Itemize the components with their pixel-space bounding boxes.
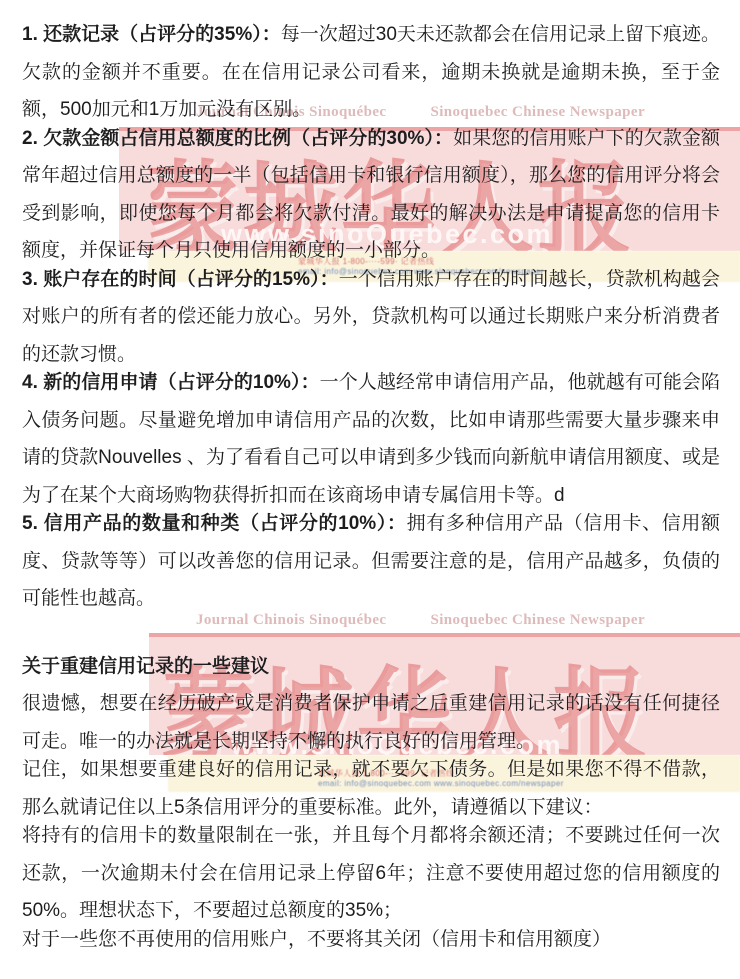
advice-1-text: 很遗憾，想要在经历破产或是消费者保护申请之后重建信用记录的话没有任何捷径可走。唯… <box>22 693 720 752</box>
advice-4-text: 对于一些您不再使用的信用账户，不要将其关闭（信用卡和信用额度） <box>22 929 611 950</box>
advice-paragraph-1: 很遗憾，想要在经历破产或是消费者保护申请之后重建信用记录的话没有任何捷径可走。唯… <box>22 685 720 760</box>
advice-2-text: 记住，如果想要重建良好的信用记录，就不要欠下债务。但是如果您不得不借款，那么就请… <box>22 759 720 818</box>
factor-3-title: 3. 账户存在的时间（占评分的15%）： <box>22 269 339 290</box>
article-body: 1. 还款记录（占评分的35%）：每一次超过30天未还款都会在信用记录上留下痕迹… <box>0 0 740 958</box>
factor-4-title: 4. 新的信用申请（占评分的10%）： <box>22 372 320 393</box>
scoring-factor-paragraph-5: 5. 信用产品的数量和种类（占评分的10%）：拥有多种信用产品（信用卡、信用额度… <box>22 505 720 618</box>
advice-paragraph-3: 将持有的信用卡的数量限制在一张，并且每个月都将余额还清；不要跳过任何一次还款，一… <box>22 817 720 930</box>
scoring-factor-paragraph-1: 1. 还款记录（占评分的35%）：每一次超过30天未还款都会在信用记录上留下痕迹… <box>22 16 720 129</box>
advice-paragraph-4: 对于一些您不再使用的信用账户，不要将其关闭（信用卡和信用额度） <box>22 921 720 959</box>
factor-2-title: 2. 欠款金额占信用总额度的比例（占评分的30%）： <box>22 128 453 149</box>
scoring-factor-paragraph-3: 3. 账户存在的时间（占评分的15%）：一个信用账户存在的时间越长，贷款机构越会… <box>22 261 720 374</box>
advice-paragraph-2: 记住，如果想要重建良好的信用记录，就不要欠下债务。但是如果您不得不借款，那么就请… <box>22 751 720 826</box>
section-heading-rebuild-credit: 关于重建信用记录的一些建议 <box>22 648 720 686</box>
scoring-factor-paragraph-4: 4. 新的信用申请（占评分的10%）：一个人越经常申请信用产品，他就越有可能会陷… <box>22 364 720 514</box>
article-page: Journal Chinois Sinoquébec Sinoquebec Ch… <box>0 0 740 979</box>
factor-1-title: 1. 还款记录（占评分的35%）： <box>22 24 281 45</box>
factor-5-title: 5. 信用产品的数量和种类（占评分的10%）： <box>22 513 407 534</box>
scoring-factor-paragraph-2: 2. 欠款金额占信用总额度的比例（占评分的30%）：如果您的信用账户下的欠款金额… <box>22 120 720 270</box>
advice-3-text: 将持有的信用卡的数量限制在一张，并且每个月都将余额还清；不要跳过任何一次还款，一… <box>22 825 720 921</box>
